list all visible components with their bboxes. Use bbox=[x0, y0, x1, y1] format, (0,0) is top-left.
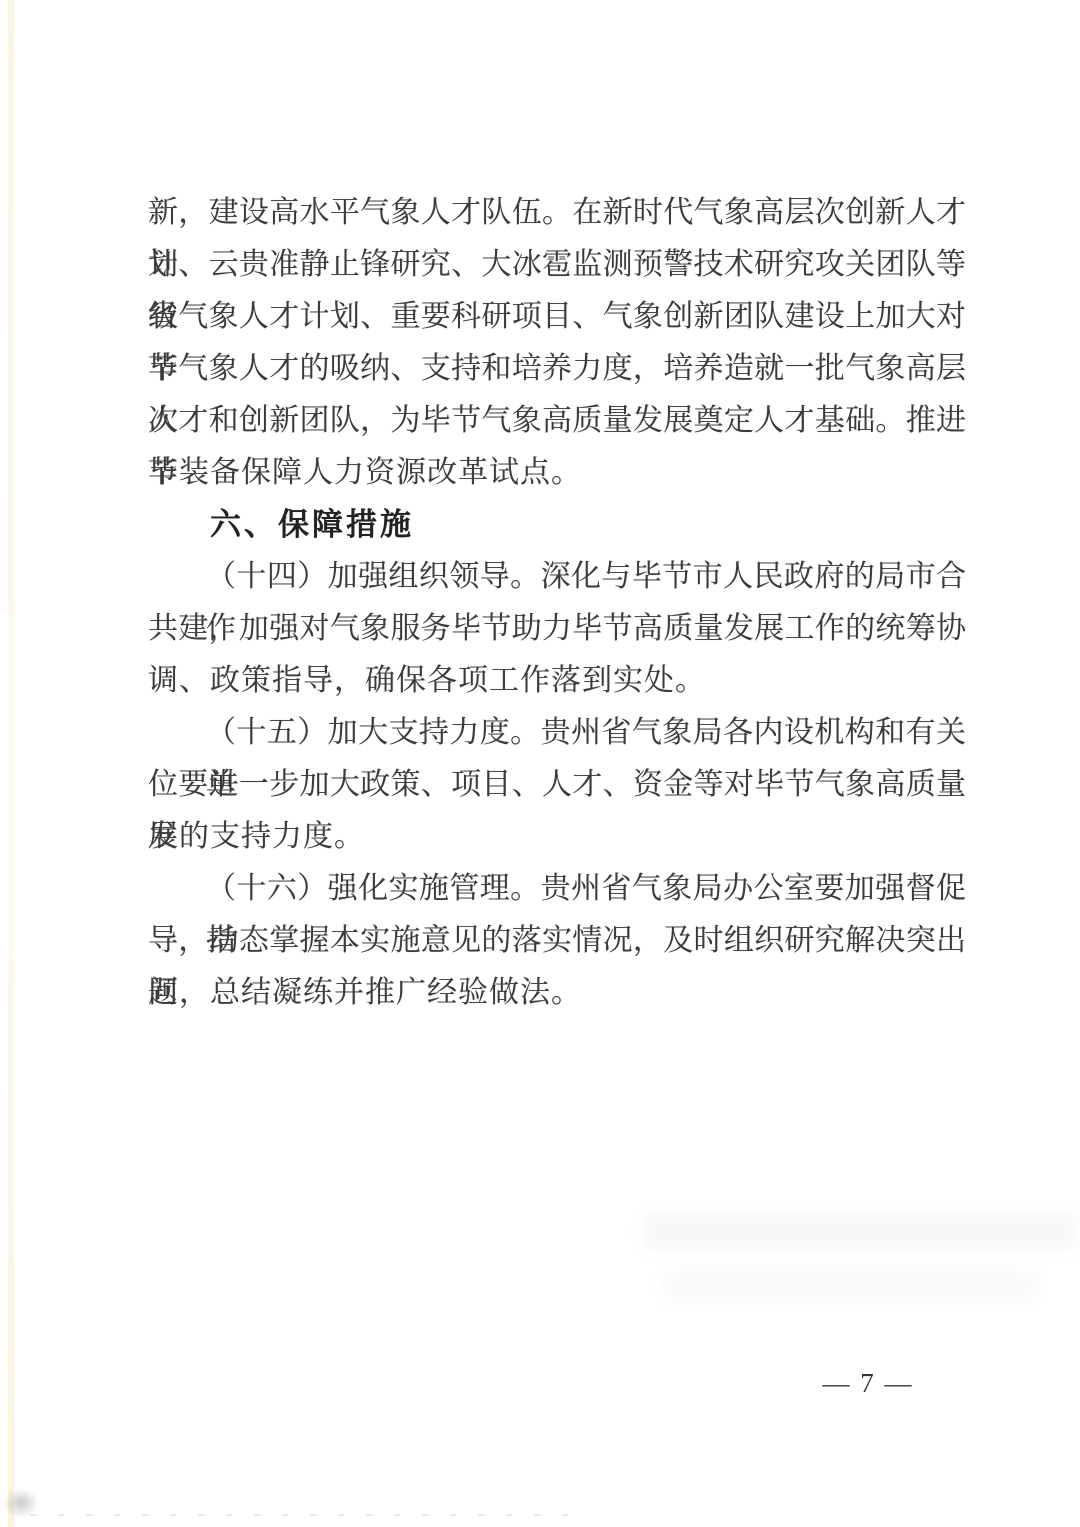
text-line: （十四）加强组织领导。深化与毕节市人民政府的局市合作 bbox=[148, 551, 966, 603]
text-line: 调、政策指导，确保各项工作落到实处。 bbox=[148, 655, 966, 707]
text-line: 展的支持力度。 bbox=[148, 811, 966, 863]
scan-artifact-smudge-2 bbox=[660, 1268, 1040, 1302]
text-line: 导，动态掌握本实施意见的落实情况，及时组织研究解决突出问 bbox=[148, 915, 966, 967]
page-number: — 7 — bbox=[788, 1368, 948, 1399]
text-line: 节气象人才的吸纳、支持和培养力度，培养造就一批气象高层次 bbox=[148, 343, 966, 395]
text-line: 级气象人才计划、重要科研项目、气象创新团队建设上加大对毕 bbox=[148, 291, 966, 343]
document-page: 新，建设高水平气象人才队伍。在新时代气象高层次创新人才计 划、云贵准静止锋研究、… bbox=[0, 0, 1080, 1527]
section-heading: 六、保障措施 bbox=[148, 499, 966, 551]
text-line: 共建，加强对气象服务毕节助力毕节高质量发展工作的统筹协 bbox=[148, 603, 966, 655]
text-line: 人才和创新团队，为毕节气象高质量发展奠定人才基础。推进毕 bbox=[148, 395, 966, 447]
text-line: 节装备保障人力资源改革试点。 bbox=[148, 447, 966, 499]
text-line: （十五）加大支持力度。贵州省气象局各内设机构和有关单 bbox=[148, 707, 966, 759]
document-text: 新，建设高水平气象人才队伍。在新时代气象高层次创新人才计 划、云贵准静止锋研究、… bbox=[148, 187, 966, 1019]
scan-artifact-edge-stripe bbox=[8, 0, 14, 1527]
text-line: 划、云贵准静止锋研究、大冰雹监测预警技术研究攻关团队等省 bbox=[148, 239, 966, 291]
text-line: 新，建设高水平气象人才队伍。在新时代气象高层次创新人才计 bbox=[148, 187, 966, 239]
text-line: 题，总结凝练并推广经验做法。 bbox=[148, 967, 966, 1019]
text-line: 位要进一步加大政策、项目、人才、资金等对毕节气象高质量发 bbox=[148, 759, 966, 811]
text-line: （十六）强化实施管理。贵州省气象局办公室要加强督促指 bbox=[148, 863, 966, 915]
scan-artifact-smudge-1 bbox=[640, 1212, 1080, 1252]
scan-artifact-dotted-line bbox=[30, 1514, 590, 1516]
